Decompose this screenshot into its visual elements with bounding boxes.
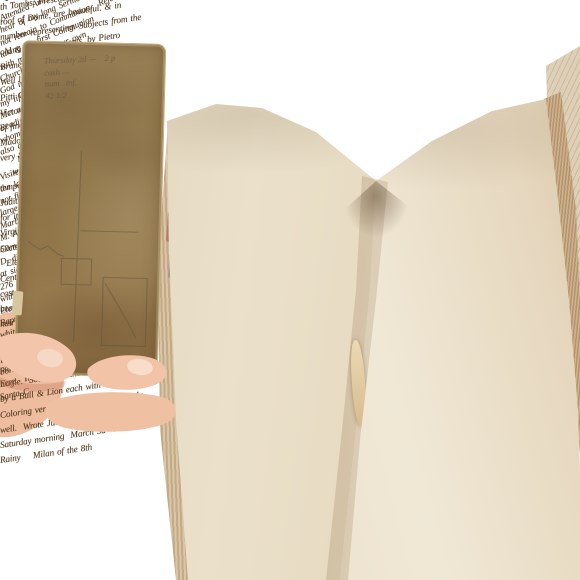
photo-stage: Thursday 2d — 2 pcash —num inf.42 1/2 (0, 0, 580, 580)
sketch-connector-line (80, 231, 138, 233)
middle-finger (45, 392, 175, 432)
hand-fingers (0, 285, 185, 445)
sketch-squiggle (28, 241, 64, 256)
index-finger (87, 355, 166, 390)
